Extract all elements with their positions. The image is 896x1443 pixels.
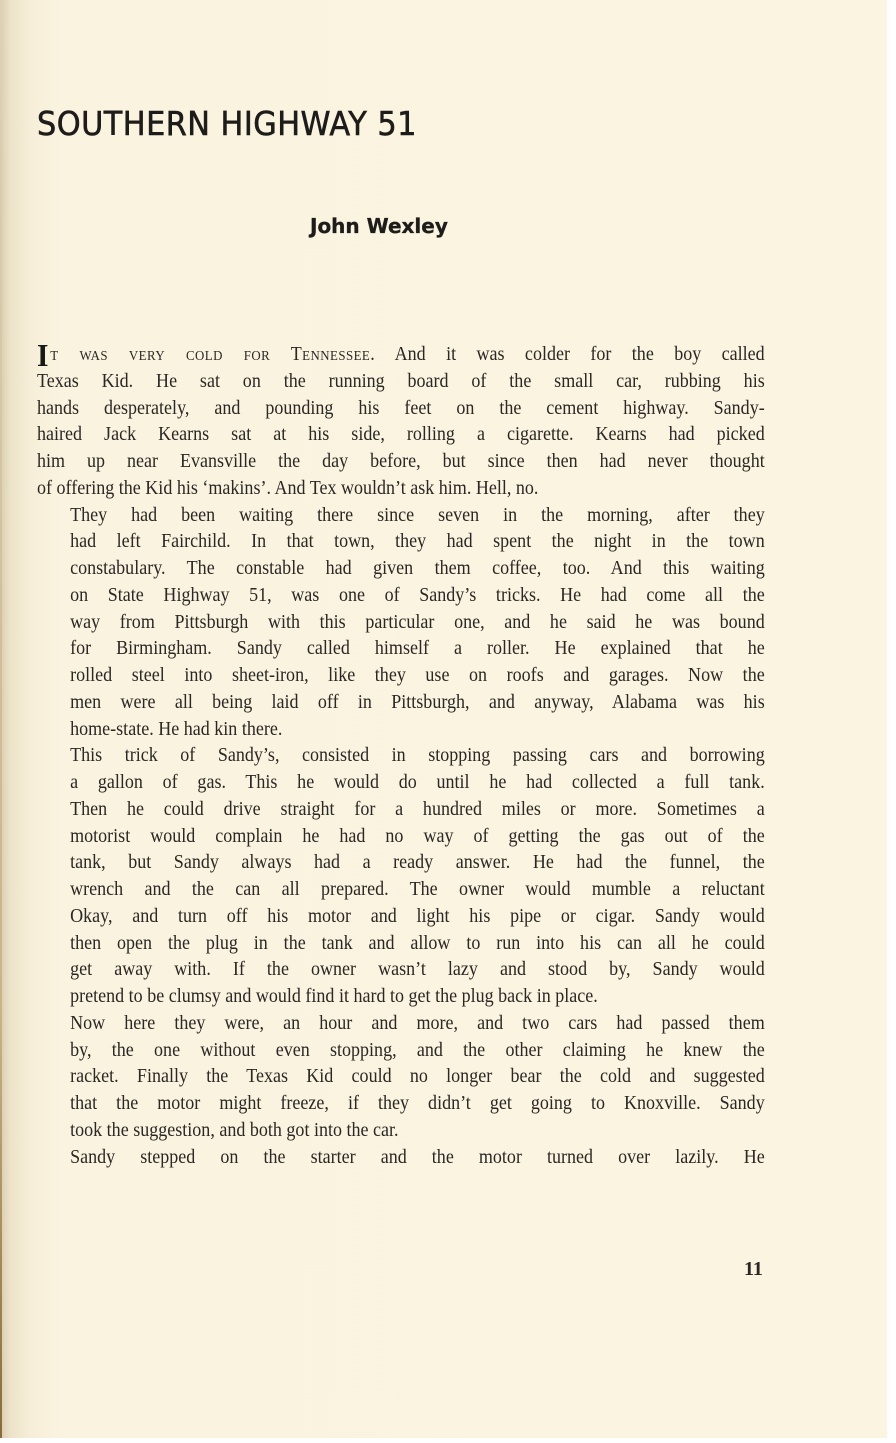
text-line: motorist would complain he had no way of… — [37, 824, 765, 851]
text-line: get away with. If the owner wasn’t lazy … — [37, 957, 765, 984]
paragraph-5: Sandy stepped on the starter and the mot… — [37, 1145, 765, 1172]
text-line: for Birmingham. Sandy called himself a r… — [37, 636, 765, 663]
text-line: of offering the Kid his ‘makins’. And Te… — [37, 476, 765, 503]
text-line: that the motor might freeze, if they did… — [37, 1091, 765, 1118]
text-line: home-state. He had kin there. — [37, 717, 765, 744]
drop-cap: I — [37, 345, 48, 365]
text-line: way from Pittsburgh with this particular… — [37, 610, 765, 637]
text-line: Okay, and turn off his motor and light h… — [37, 904, 765, 931]
book-page: SOUTHERN HIGHWAY 51 John Wexley It was v… — [0, 0, 887, 1438]
text-line: on State Highway 51, was one of Sandy’s … — [37, 583, 765, 610]
text-line: then open the plug in the tank and allow… — [37, 931, 765, 958]
chapter-title: SOUTHERN HIGHWAY 51 — [37, 104, 417, 143]
text-line: took the suggestion, and both got into t… — [37, 1118, 765, 1145]
text-line: rolled steel into sheet-iron, like they … — [37, 663, 765, 690]
text-line: by, the one without even stopping, and t… — [37, 1038, 765, 1065]
paragraph-4: Now here they were, an hour and more, an… — [37, 1011, 765, 1145]
text-line: a gallon of gas. This he would do until … — [37, 770, 765, 797]
author-name: John Wexley — [310, 214, 448, 238]
text-line: had left Fairchild. In that town, they h… — [37, 529, 765, 556]
text-line: pretend to be clumsy and would find it h… — [37, 984, 765, 1011]
text-line: haired Jack Kearns sat at his side, roll… — [37, 422, 765, 449]
small-caps-opening: t was very cold for Tennessee. — [50, 344, 375, 365]
text-line: Now here they were, an hour and more, an… — [37, 1011, 765, 1038]
paragraph-2: They had been waiting there since seven … — [37, 503, 765, 744]
text-line: tank, but Sandy always had a ready answe… — [37, 850, 765, 877]
text-line: Then he could drive straight for a hundr… — [37, 797, 765, 824]
paragraph-1: It was very cold for Tennessee. And it w… — [37, 342, 765, 503]
text-line: him up near Evansville the day before, b… — [37, 449, 765, 476]
text-line: It was very cold for Tennessee. And it w… — [37, 342, 765, 369]
text-line: constabulary. The constable had given th… — [37, 556, 765, 583]
text-line: wrench and the can all prepared. The own… — [37, 877, 765, 904]
text-line: men were all being laid off in Pittsburg… — [37, 690, 765, 717]
text-line: hands desperately, and pounding his feet… — [37, 396, 765, 423]
page-number: 11 — [744, 1258, 763, 1281]
paragraph-3: This trick of Sandy’s, consisted in stop… — [37, 743, 765, 1011]
text-line: Sandy stepped on the starter and the mot… — [37, 1145, 765, 1172]
body-text: It was very cold for Tennessee. And it w… — [37, 342, 765, 1171]
text-line: They had been waiting there since seven … — [37, 503, 765, 530]
text-line: Texas Kid. He sat on the running board o… — [37, 369, 765, 396]
text-line: racket. Finally the Texas Kid could no l… — [37, 1064, 765, 1091]
text-line: This trick of Sandy’s, consisted in stop… — [37, 743, 765, 770]
